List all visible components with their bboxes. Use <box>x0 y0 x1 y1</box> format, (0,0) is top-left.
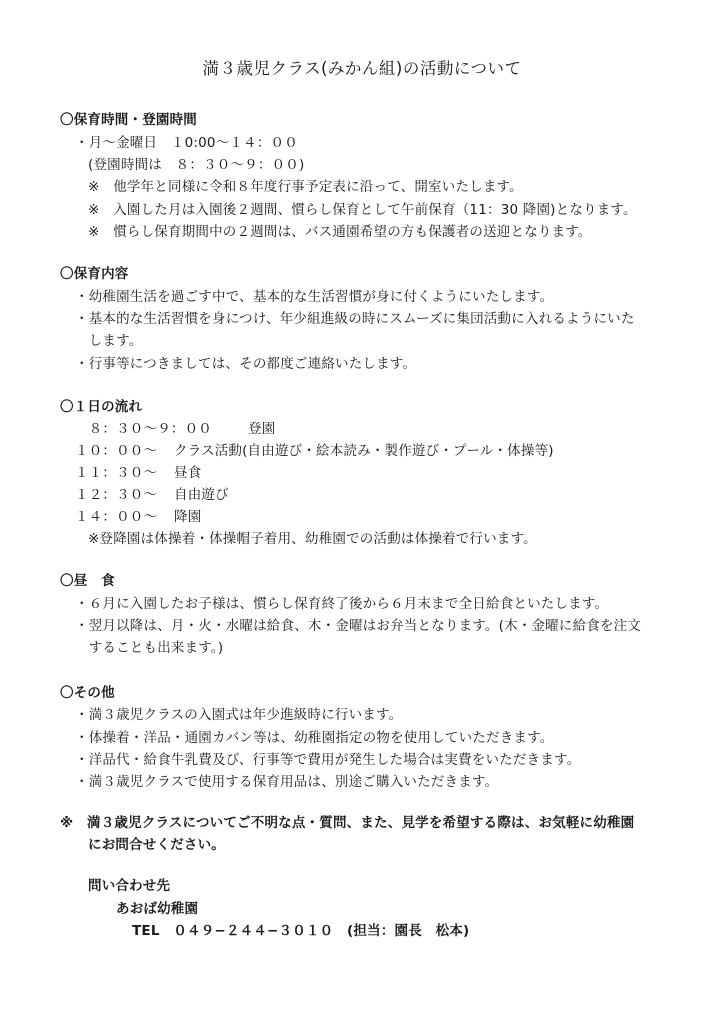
schedule-note: ※登降園は体操着・体操帽子着用、幼稚園での活動は体操着で行います。 <box>88 529 537 549</box>
schedule-activity: クラス活動(自由遊び・絵本読み・製作遊び・プール・体操等) <box>174 441 554 461</box>
hours-weekdays: ・月～金曜日 １0:00～１４：００ <box>75 133 298 153</box>
section-heading-content: 〇保育内容 <box>60 264 129 284</box>
contact-phone: TEL ０４９−２４４−３０１０ (担当：園長 松本) <box>132 921 469 941</box>
lunch-item: ・６月に入園したお子様は、慣らし保育終了後から６月末まで全日給食といたします。 <box>75 594 608 614</box>
schedule-time: １４：００～ <box>75 507 157 527</box>
content-item-continued: します。 <box>75 331 142 351</box>
schedule-activity: 自由遊び <box>174 485 229 505</box>
hours-arrival: (登園時間は ８：３０～９：００) <box>88 155 304 175</box>
other-item: ・体操着・洋品・通園カバン等は、幼稚園指定の物を使用していただきます。 <box>75 728 553 748</box>
content-item: ・行事等につきましては、その都度ご連絡いたします。 <box>75 354 416 374</box>
section-heading-other: 〇その他 <box>60 683 115 703</box>
section-heading-hours: 〇保育時間・登園時間 <box>60 110 197 130</box>
schedule-time: １０：００～ <box>75 441 157 461</box>
closing-note: ※ 満３歳児クラスについてご不明な点・質問、また、見学を希望する際は、お気軽に幼… <box>60 813 634 833</box>
schedule-time: １２：３０～ <box>75 485 157 505</box>
schedule-time: １１：３０～ <box>75 463 157 483</box>
lunch-item: ・翌月以降は、月・火・水曜は給食、木・金曜はお弁当となります。(木・金曜に給食を… <box>75 616 641 636</box>
schedule-activity: 昼食 <box>174 463 201 483</box>
lunch-item-continued: することも出来ます。) <box>75 638 223 658</box>
schedule-activity: 降園 <box>174 507 201 527</box>
content-item: ・幼稚園生活を過ごす中で、基本的な生活習慣が身に付くようにいたします。 <box>75 287 553 307</box>
hours-note: ※ 慣らし保育期間中の２週間は、バス通園希望の方も保護者の送迎となります。 <box>88 222 592 242</box>
closing-note-continued: にお問合せください。 <box>88 835 225 855</box>
hours-note: ※ 入園した月は入園後２週間、慣らし保育として午前保育（11：30 降園)となり… <box>88 200 637 220</box>
page-title: 満３歳児クラス(みかん組)の活動について <box>0 57 724 81</box>
contact-label: 問い合わせ先 <box>88 876 170 896</box>
schedule-activity: 登園 <box>248 419 275 439</box>
contact-school-name: あおば幼稚園 <box>116 899 198 919</box>
other-item: ・満３歳児クラスで使用する保育用品は、別途ご購入いただきます。 <box>75 772 498 792</box>
hours-note: ※ 他学年と同様に令和８年度行事予定表に沿って、開室いたします。 <box>88 177 523 197</box>
schedule-time: ８：３０～９：００ <box>75 419 212 439</box>
other-item: ・満３歳児クラスの入園式は年少進級時に行います。 <box>75 705 402 725</box>
section-heading-lunch: 〇昼 食 <box>60 571 115 591</box>
other-item: ・洋品代・給食牛乳費及び、行事等で費用が発生した場合は実費をいただきます。 <box>75 750 580 770</box>
section-heading-schedule: 〇１日の流れ <box>60 397 142 417</box>
content-item: ・基本的な生活習慣を身につけ、年少組進級の時にスムーズに集団活動に入れるようにい… <box>75 309 635 329</box>
